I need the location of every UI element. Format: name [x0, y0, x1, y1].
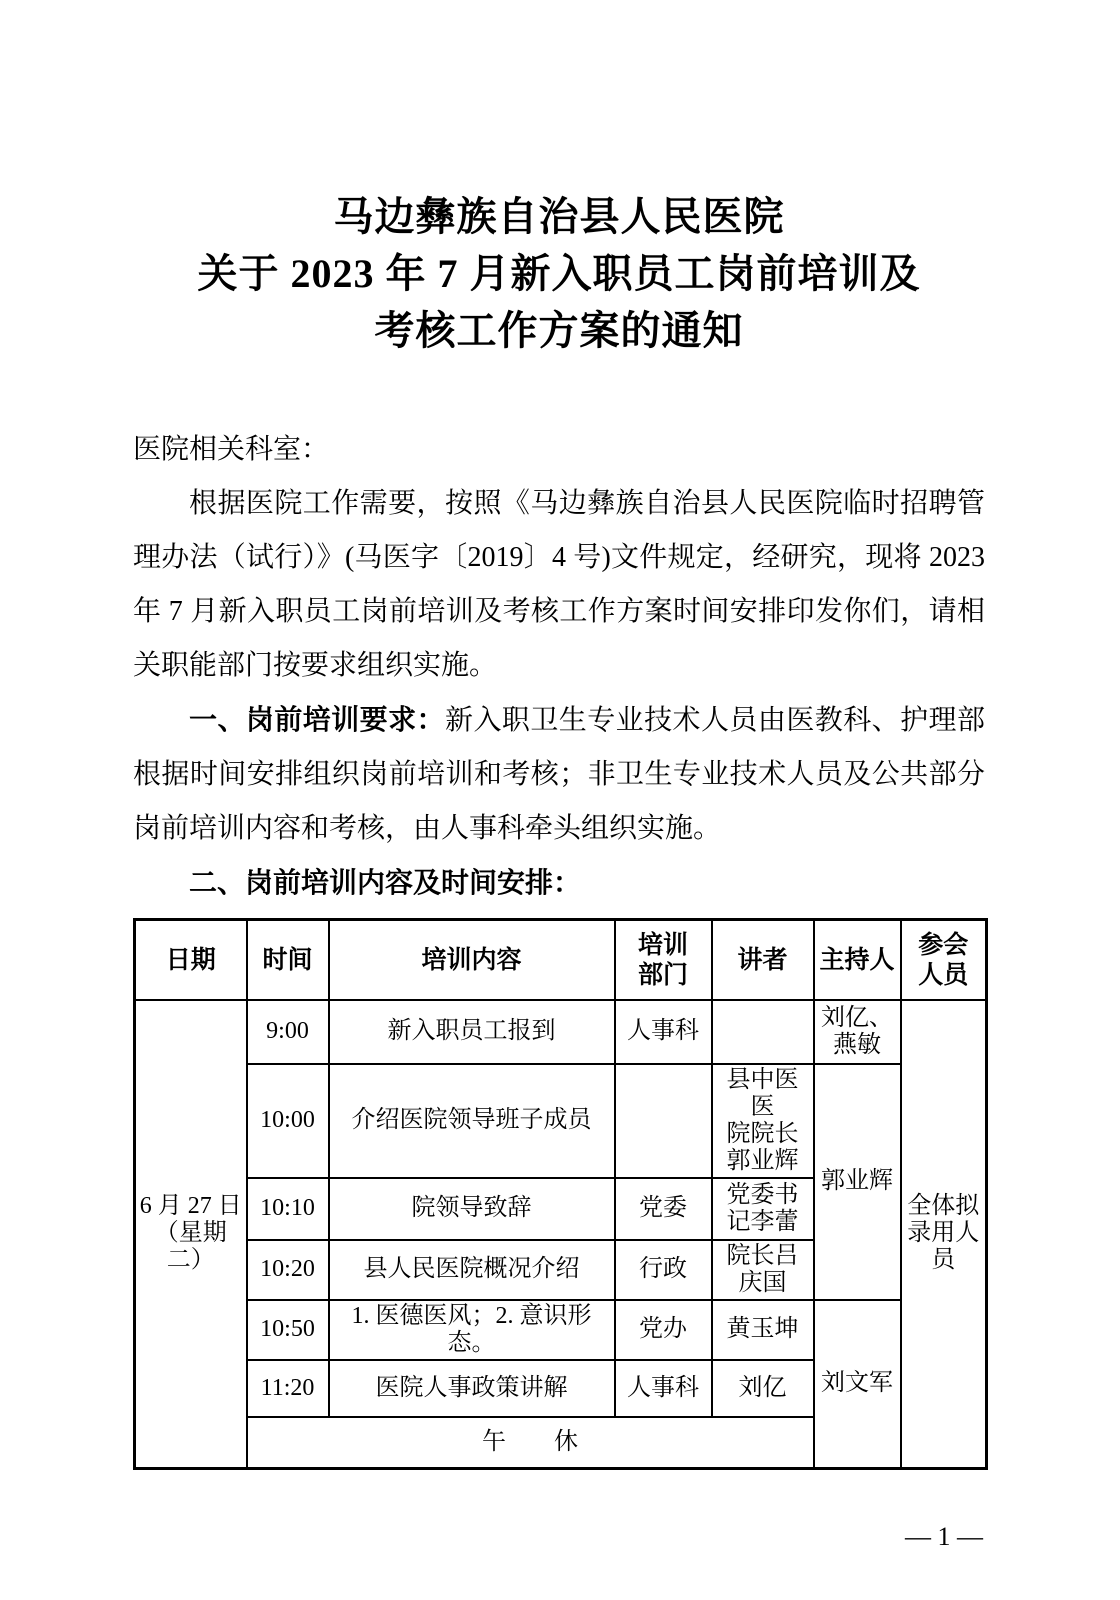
- header-time: 时间: [247, 920, 329, 1000]
- header-dept: 培训 部门: [615, 920, 712, 1000]
- title-line-1: 马边彝族自治县人民医院: [133, 188, 985, 245]
- header-speaker: 讲者: [712, 920, 814, 1000]
- cell-host-merged: 刘文军: [814, 1300, 901, 1469]
- cell-content: 医院人事政策讲解: [329, 1360, 615, 1417]
- cell-time: 10:00: [247, 1064, 329, 1178]
- header-date: 日期: [135, 920, 247, 1000]
- header-content: 培训内容: [329, 920, 615, 1000]
- document-title: 马边彝族自治县人民医院 关于 2023 年 7 月新入职员工岗前培训及 考核工作…: [133, 188, 985, 359]
- cell-host: 刘亿、燕敏: [814, 1000, 901, 1064]
- header-host: 主持人: [814, 920, 901, 1000]
- title-line-3: 考核工作方案的通知: [133, 302, 985, 359]
- cell-time: 11:20: [247, 1360, 329, 1417]
- table-row: 6 月 27 日 （星期二） 9:00 新入职员工报到 人事科 刘亿、燕敏 全体…: [135, 1000, 987, 1064]
- cell-content: 新入职员工报到: [329, 1000, 615, 1064]
- cell-dept: [615, 1064, 712, 1178]
- cell-speaker: 黄玉坤: [712, 1300, 814, 1360]
- paragraph-intro: 根据医院工作需要，按照《马边彝族自治县人民医院临时招聘管理办法（试行）》(马医字…: [133, 477, 985, 693]
- section1-label: 一、岗前培训要求：: [189, 704, 445, 735]
- page-number: — 1 —: [133, 1522, 985, 1552]
- header-attendees: 参会 人员: [901, 920, 987, 1000]
- cell-speaker: 院长吕庆国: [712, 1240, 814, 1300]
- cell-dept: 行政: [615, 1240, 712, 1300]
- document-body: 医院相关科室： 根据医院工作需要，按照《马边彝族自治县人民医院临时招聘管理办法（…: [133, 423, 985, 910]
- cell-speaker: 党委书记李蕾: [712, 1178, 814, 1240]
- cell-dept: 人事科: [615, 1360, 712, 1417]
- cell-time: 10:50: [247, 1300, 329, 1360]
- cell-noon-break: 午 休: [247, 1417, 814, 1469]
- training-schedule-table: 日期 时间 培训内容 培训 部门 讲者 主持人 参会 人员 6 月 27 日 （…: [133, 918, 988, 1470]
- cell-time: 10:10: [247, 1178, 329, 1240]
- cell-date: 6 月 27 日 （星期二）: [135, 1000, 247, 1469]
- cell-speaker: [712, 1000, 814, 1064]
- cell-content: 1. 医德医风；2. 意识形态。: [329, 1300, 615, 1360]
- cell-time: 10:20: [247, 1240, 329, 1300]
- cell-attendees: 全体拟录用人员: [901, 1000, 987, 1469]
- cell-speaker: 刘亿: [712, 1360, 814, 1417]
- cell-dept: 党委: [615, 1178, 712, 1240]
- salutation: 医院相关科室：: [133, 423, 985, 477]
- cell-dept: 人事科: [615, 1000, 712, 1064]
- cell-speaker: 县中医医 院院长 郭业辉: [712, 1064, 814, 1178]
- cell-dept: 党办: [615, 1300, 712, 1360]
- table-header-row: 日期 时间 培训内容 培训 部门 讲者 主持人 参会 人员: [135, 920, 987, 1000]
- table-row: 10:50 1. 医德医风；2. 意识形态。 党办 黄玉坤 刘文军: [135, 1300, 987, 1360]
- title-line-2: 关于 2023 年 7 月新入职员工岗前培训及: [133, 245, 985, 302]
- cell-content: 院领导致辞: [329, 1178, 615, 1240]
- cell-content: 县人民医院概况介绍: [329, 1240, 615, 1300]
- cell-content: 介绍医院领导班子成员: [329, 1064, 615, 1178]
- cell-time: 9:00: [247, 1000, 329, 1064]
- table-row: 10:00 介绍医院领导班子成员 县中医医 院院长 郭业辉 郭业辉: [135, 1064, 987, 1178]
- paragraph-section1: 一、岗前培训要求：新入职卫生专业技术人员由医教科、护理部根据时间安排组织岗前培训…: [133, 693, 985, 856]
- cell-host-merged: 郭业辉: [814, 1064, 901, 1300]
- document-page: 马边彝族自治县人民医院 关于 2023 年 7 月新入职员工岗前培训及 考核工作…: [0, 0, 1120, 1600]
- section2-heading: 二、岗前培训内容及时间安排：: [133, 856, 985, 910]
